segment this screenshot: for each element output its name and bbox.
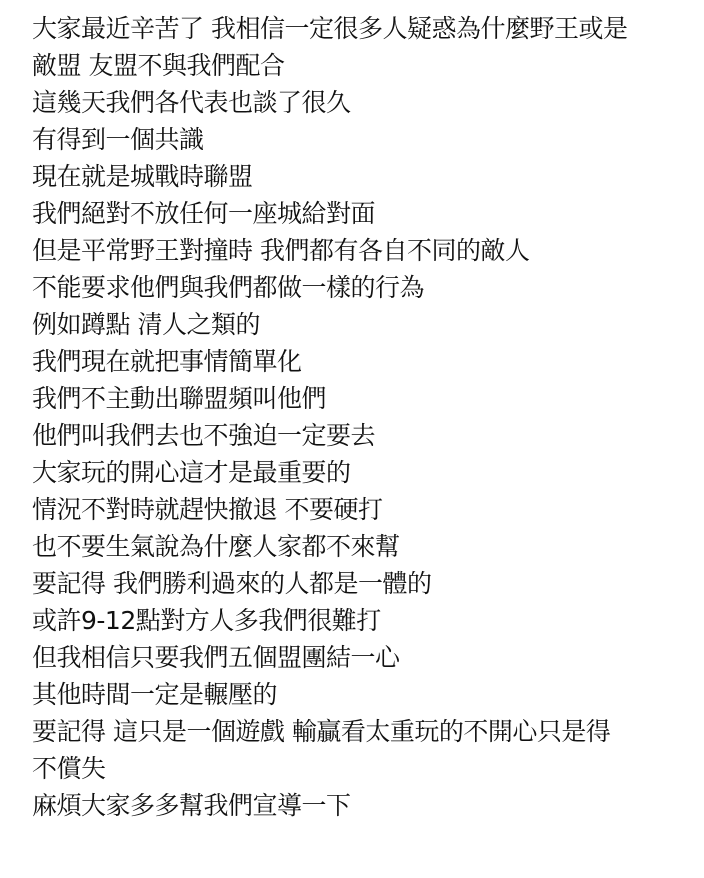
text-line: 這幾天我們各代表也談了很久 [32, 84, 694, 121]
text-line: 但我相信只要我們五個盟團結一心 [32, 639, 694, 676]
text-line: 不能要求他們與我們都做一樣的行為 [32, 269, 694, 306]
text-line: 或許9-12點對方人多我們很難打 [32, 602, 694, 639]
text-line: 情況不對時就趕快撤退 不要硬打 [32, 491, 694, 528]
text-line: 要記得 這只是一個遊戲 輸贏看太重玩的不開心只是得 [32, 713, 694, 750]
message-body: 大家最近辛苦了 我相信一定很多人疑惑為什麼野王或是 敵盟 友盟不與我們配合 這幾… [32, 10, 694, 824]
text-line: 有得到一個共識 [32, 121, 694, 158]
text-line: 麻煩大家多多幫我們宣導一下 [32, 787, 694, 824]
text-line: 現在就是城戰時聯盟 [32, 158, 694, 195]
text-line: 敵盟 友盟不與我們配合 [32, 47, 694, 84]
text-line: 不償失 [32, 750, 694, 787]
text-line: 也不要生氣說為什麼人家都不來幫 [32, 528, 694, 565]
text-line: 我們不主動出聯盟頻叫他們 [32, 380, 694, 417]
text-line: 其他時間一定是輾壓的 [32, 676, 694, 713]
text-line: 我們絕對不放任何一座城給對面 [32, 195, 694, 232]
text-line: 要記得 我們勝利過來的人都是一體的 [32, 565, 694, 602]
text-line: 我們現在就把事情簡單化 [32, 343, 694, 380]
text-line: 但是平常野王對撞時 我們都有各自不同的敵人 [32, 232, 694, 269]
text-line: 大家玩的開心這才是最重要的 [32, 454, 694, 491]
text-line: 他們叫我們去也不強迫一定要去 [32, 417, 694, 454]
text-line: 大家最近辛苦了 我相信一定很多人疑惑為什麼野王或是 [32, 10, 694, 47]
text-line: 例如蹲點 清人之類的 [32, 306, 694, 343]
